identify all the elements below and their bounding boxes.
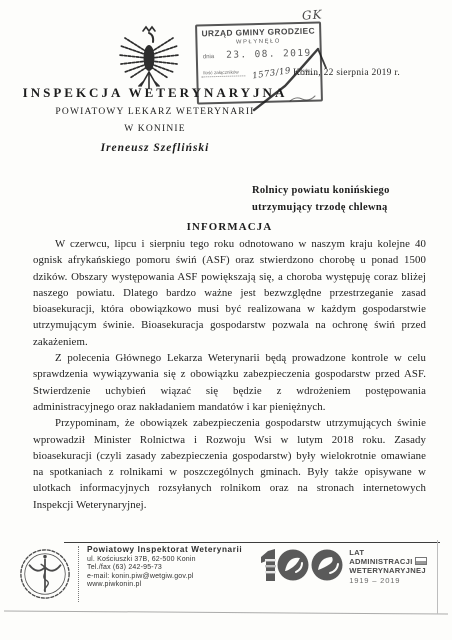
anniversary-logo: LAT ADMINISTRACJI WETERYNARYJNEJ 1919 – … (260, 548, 426, 585)
flag-icon (415, 557, 427, 565)
stamp-office-name: URZĄD GMINY GRODZIEC (200, 26, 316, 39)
paragraph-3: Przypominam, że obowiązek zabezpieczenia… (33, 415, 426, 513)
scanned-letter-page: GK URZĄD GMINY GRODZIEC WPŁYNĘŁO dnia 23… (0, 0, 452, 640)
addressee-line2: utrzymujący trzodę chlewną (252, 199, 390, 216)
vet-caduceus-icon (18, 547, 72, 601)
letterhead-person: Ireneusz Szefliński (5, 142, 305, 154)
letterhead-city: W KONINIE (5, 124, 305, 134)
stamp-date-label: dnia (203, 54, 214, 60)
footer-vertical-divider (78, 546, 79, 602)
dateline: Konin, 22 sierpnia 2019 r. (293, 68, 400, 78)
footer-org-name: Powiatowy Inspektorat Weterynarii (87, 546, 242, 555)
stamp-date-value: 23. 08. 2019 (226, 48, 312, 61)
scan-edge-bottom (4, 610, 448, 614)
stamp-received-label: WPŁYNĘŁO (200, 38, 316, 47)
addressee-line1: Rolnicy powiatu konińskiego (252, 182, 390, 199)
scan-edge-right (437, 540, 438, 614)
footer: Powiatowy Inspektorat Weterynarii ul. Ko… (18, 546, 438, 602)
footer-address-block: Powiatowy Inspektorat Weterynarii ul. Ko… (87, 546, 242, 590)
letter-body: INFORMACJA W czerwcu, lipcu i sierpniu t… (33, 221, 426, 513)
anniversary-line2: ADMINISTRACJI (349, 557, 426, 566)
letterhead-org: INSPEKCJA WETERYNARYJNA (5, 85, 305, 101)
letterhead-office: POWIATOWY LEKARZ WETERYNARII (5, 107, 305, 117)
footer-street: ul. Kościuszki 37B, 62-500 Konin (87, 556, 242, 565)
stamp-attachments-label: Ilość załączników (201, 69, 245, 77)
paragraph-2: Z polecenia Głównego Lekarza Weterynarii… (33, 350, 426, 415)
anniversary-line3: WETERYNARYJNEJ (349, 566, 426, 575)
anniversary-line1: LAT (349, 548, 426, 557)
paragraph-1: W czerwcu, lipcu i sierpniu tego roku od… (33, 236, 426, 350)
stamp-date-row: dnia 23. 08. 2019 (201, 48, 317, 62)
anniversary-100-icon (260, 548, 344, 582)
letter-heading: INFORMACJA (33, 221, 426, 233)
footer-divider-line (64, 542, 440, 543)
addressee-block: Rolnicy powiatu konińskiego utrzymujący … (252, 182, 390, 216)
footer-website: www.piwkonin.pl (87, 581, 242, 590)
handwritten-initials: GK (302, 7, 323, 22)
footer-phone: Tel./fax (63) 242-95-73 (87, 564, 242, 573)
letterhead: INSPEKCJA WETERYNARYJNA POWIATOWY LEKARZ… (5, 85, 305, 154)
anniversary-text: LAT ADMINISTRACJI WETERYNARYJNEJ 1919 – … (349, 548, 426, 585)
anniversary-years: 1919 – 2019 (349, 576, 426, 585)
footer-email: e-mail: konin.piw@wetgiw.gov.pl (87, 573, 242, 582)
